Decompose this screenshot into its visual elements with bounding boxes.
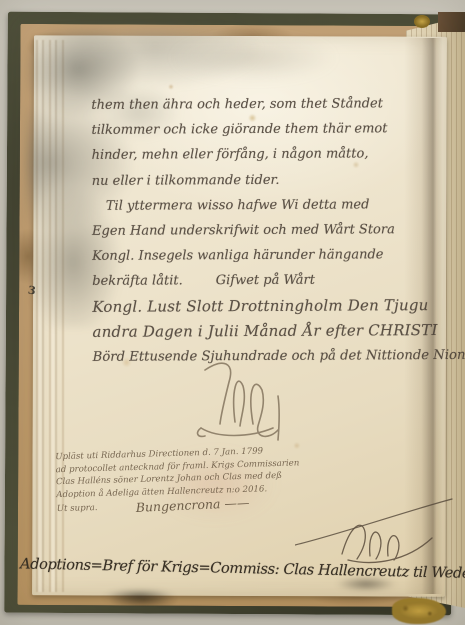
manuscript-line: them then ähra och heder, som thet Stånd… (91, 91, 407, 118)
corner-signature-flourish-icon (336, 514, 436, 564)
cover-corner-wedge (438, 12, 465, 32)
brass-clasp-fragment-icon (414, 15, 430, 28)
manuscript-body-text: them then ähra och heder, som thet Stånd… (91, 91, 408, 370)
brass-clasp-icon (392, 598, 446, 624)
manuscript-line: nu eller i tilkommande tider. (92, 167, 408, 194)
manuscript-line: andra Dagen i Julii Månad År efter CHRIS… (92, 318, 408, 345)
royal-signature-flourish-icon (183, 356, 308, 444)
manuscript-line: tilkommer och icke giörande them thär em… (91, 116, 407, 143)
scanned-book-photo: them then ähra och heder, som thet Stånd… (0, 0, 465, 625)
manuscript-line: Egen Hand underskrifwit och med Wårt Sto… (92, 217, 408, 244)
manuscript-line: hinder, mehn eller förfång, i någon mått… (92, 142, 408, 169)
manuscript-line: bekräfta låtit. Gifwet på Wårt (92, 268, 408, 295)
manuscript-line: Kongl. Lust Slott Drottningholm Den Tjug… (92, 293, 408, 320)
manuscript-line: Kongl. Insegels wanliga härunder hängand… (92, 242, 408, 269)
manuscript-line: Til yttermera wisso hafwe Wi detta med (92, 192, 408, 219)
ut-supra-text: Ut supra. (57, 502, 98, 516)
